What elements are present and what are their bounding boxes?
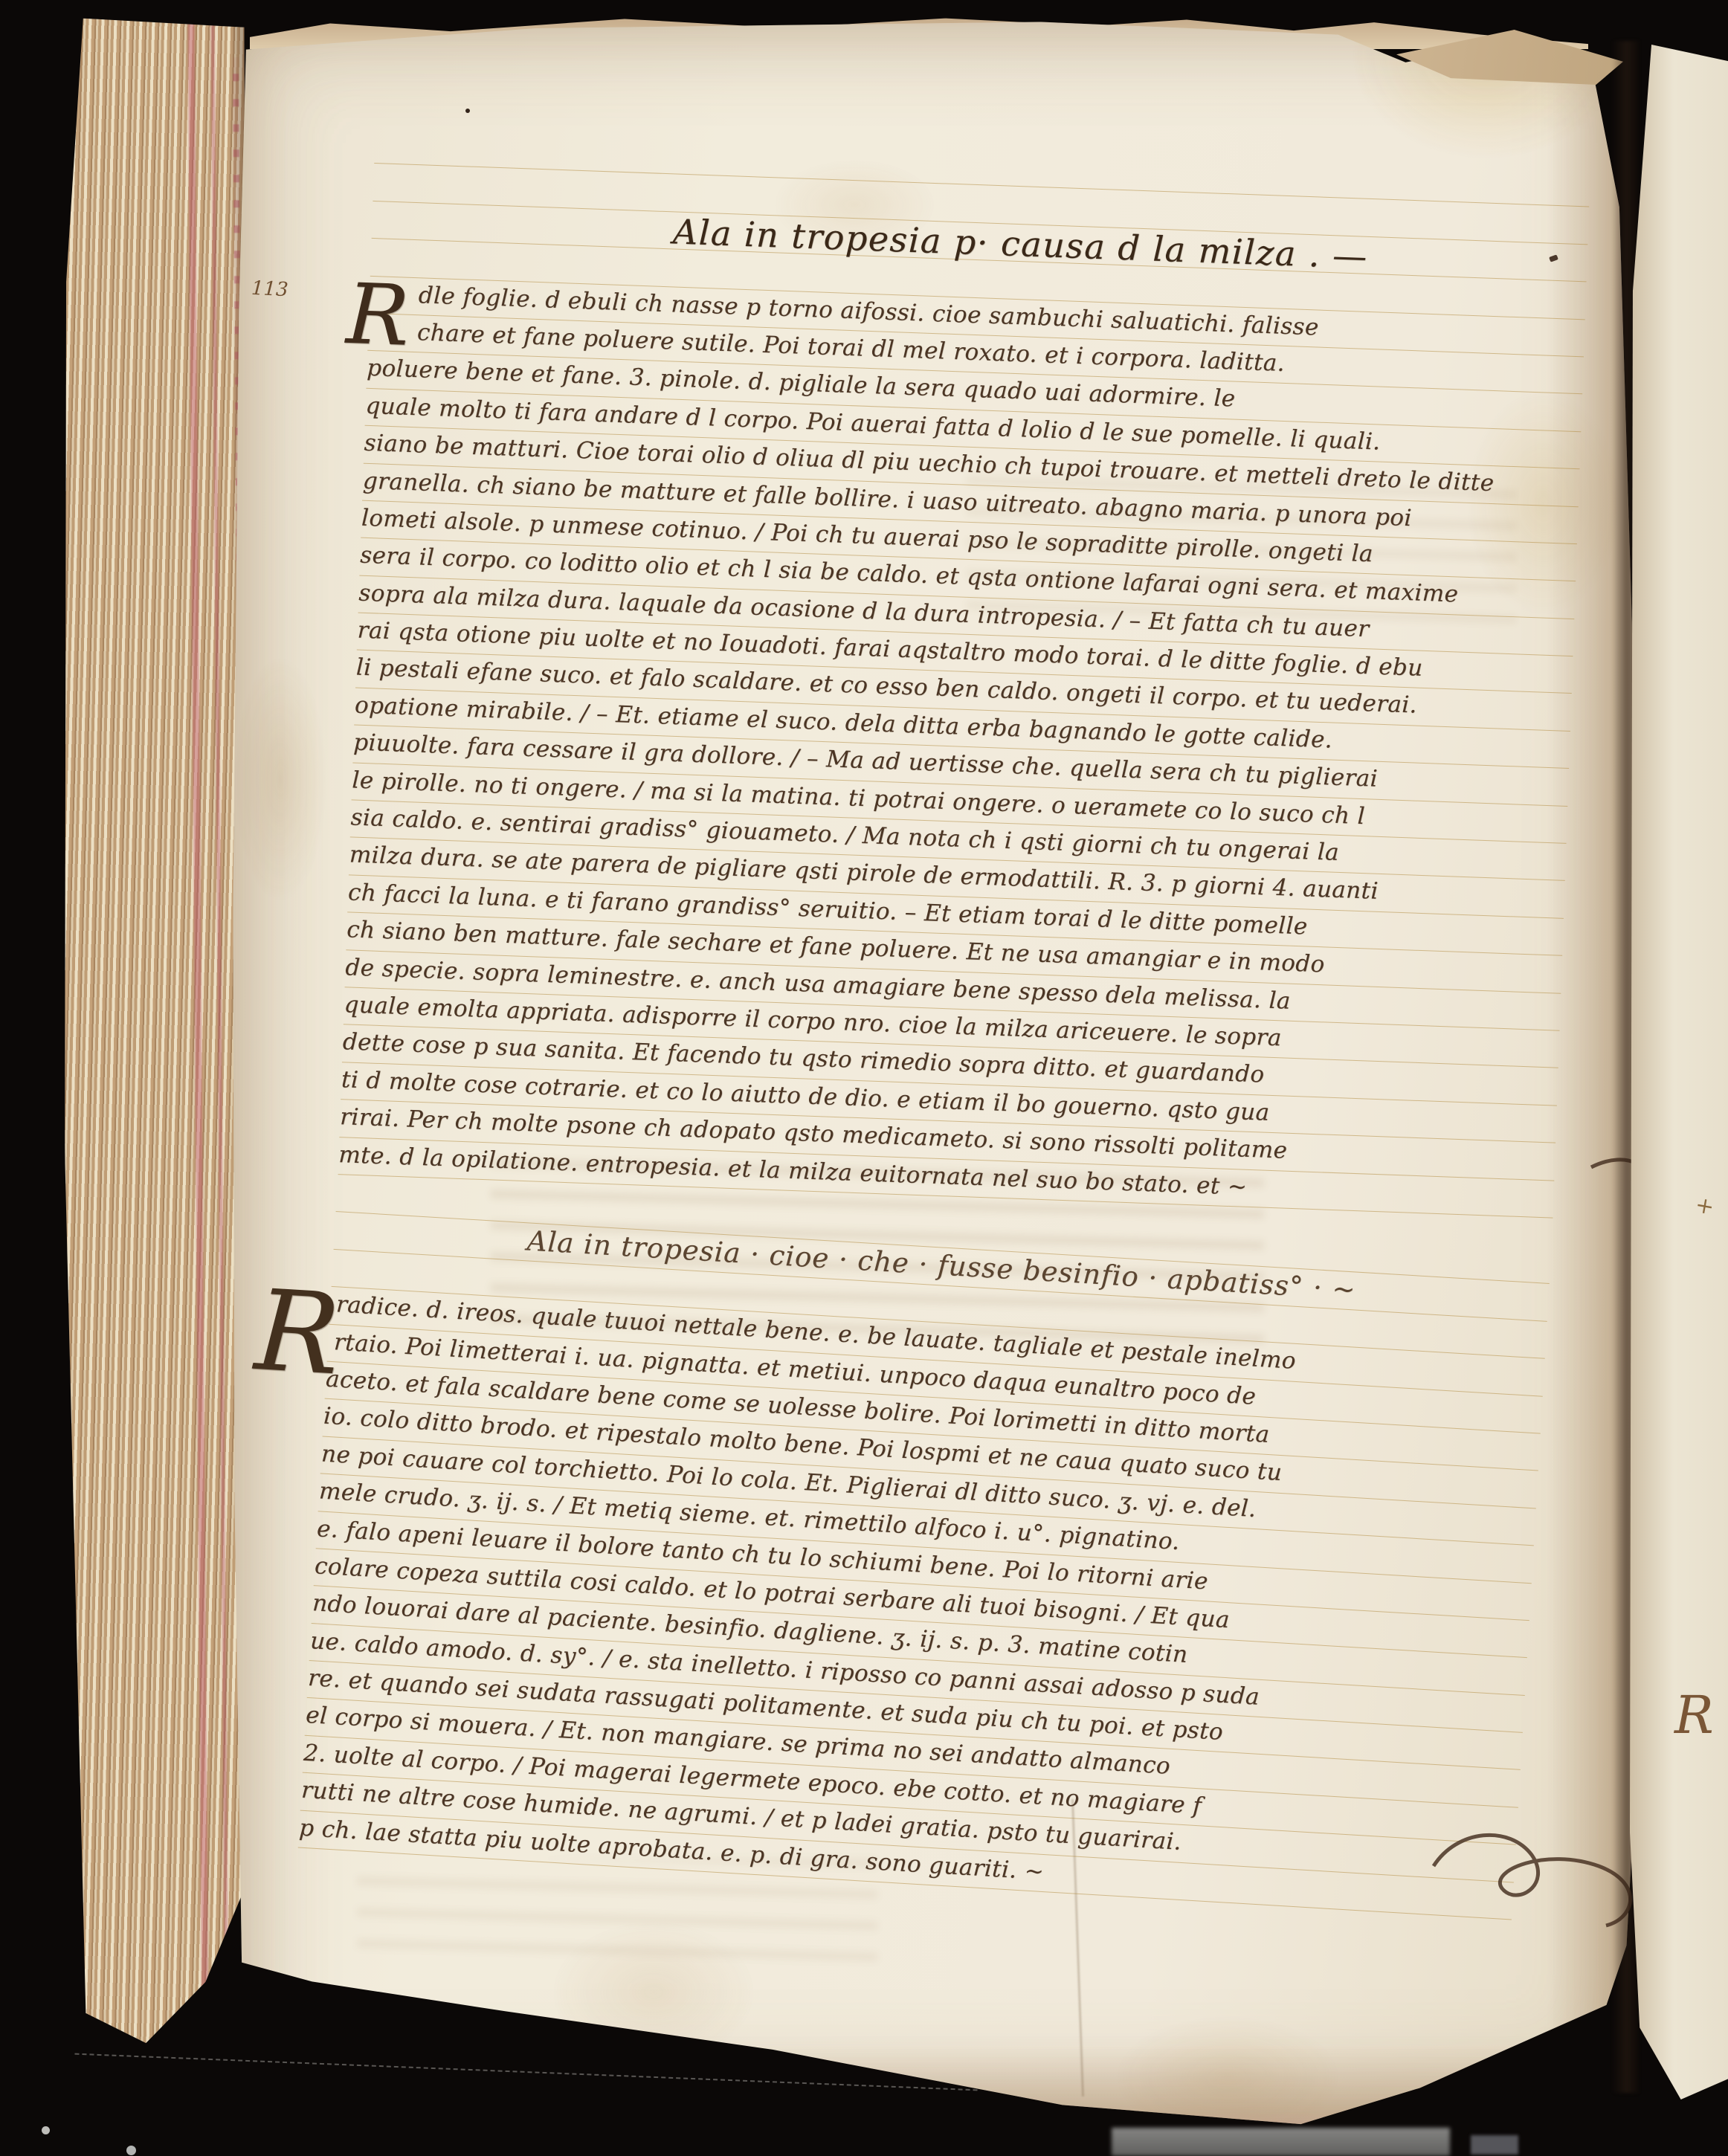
next-page-recipe-initial: R: [1674, 1689, 1714, 1741]
bottom-gray-object: [1112, 2128, 1450, 2156]
writing-block: Ala in tropesia p· causa d la milza . — …: [314, 126, 1590, 1892]
folio-number: 113: [251, 279, 288, 300]
ink-speck: [465, 109, 470, 113]
page-bottom-edge-shading: [223, 2044, 1658, 2141]
book-fore-edge-stack: [57, 17, 258, 2044]
section2-block: Ala in tropesia · cioe · che · fusse bes…: [298, 1175, 1552, 1920]
next-page-sliver: + R: [1630, 45, 1728, 2099]
manuscript-photo: 113 Ala in tropesia p· causa d la milza …: [0, 0, 1728, 2156]
dust-speck: [126, 2146, 136, 2155]
dust-speck: [42, 2126, 50, 2134]
bottom-gray-object: [1471, 2135, 1518, 2155]
margin-cross-mark: +: [1694, 1194, 1716, 1219]
fore-edge-pink-streak: [187, 18, 208, 2043]
fore-edge-pink-streak: [210, 17, 228, 2042]
